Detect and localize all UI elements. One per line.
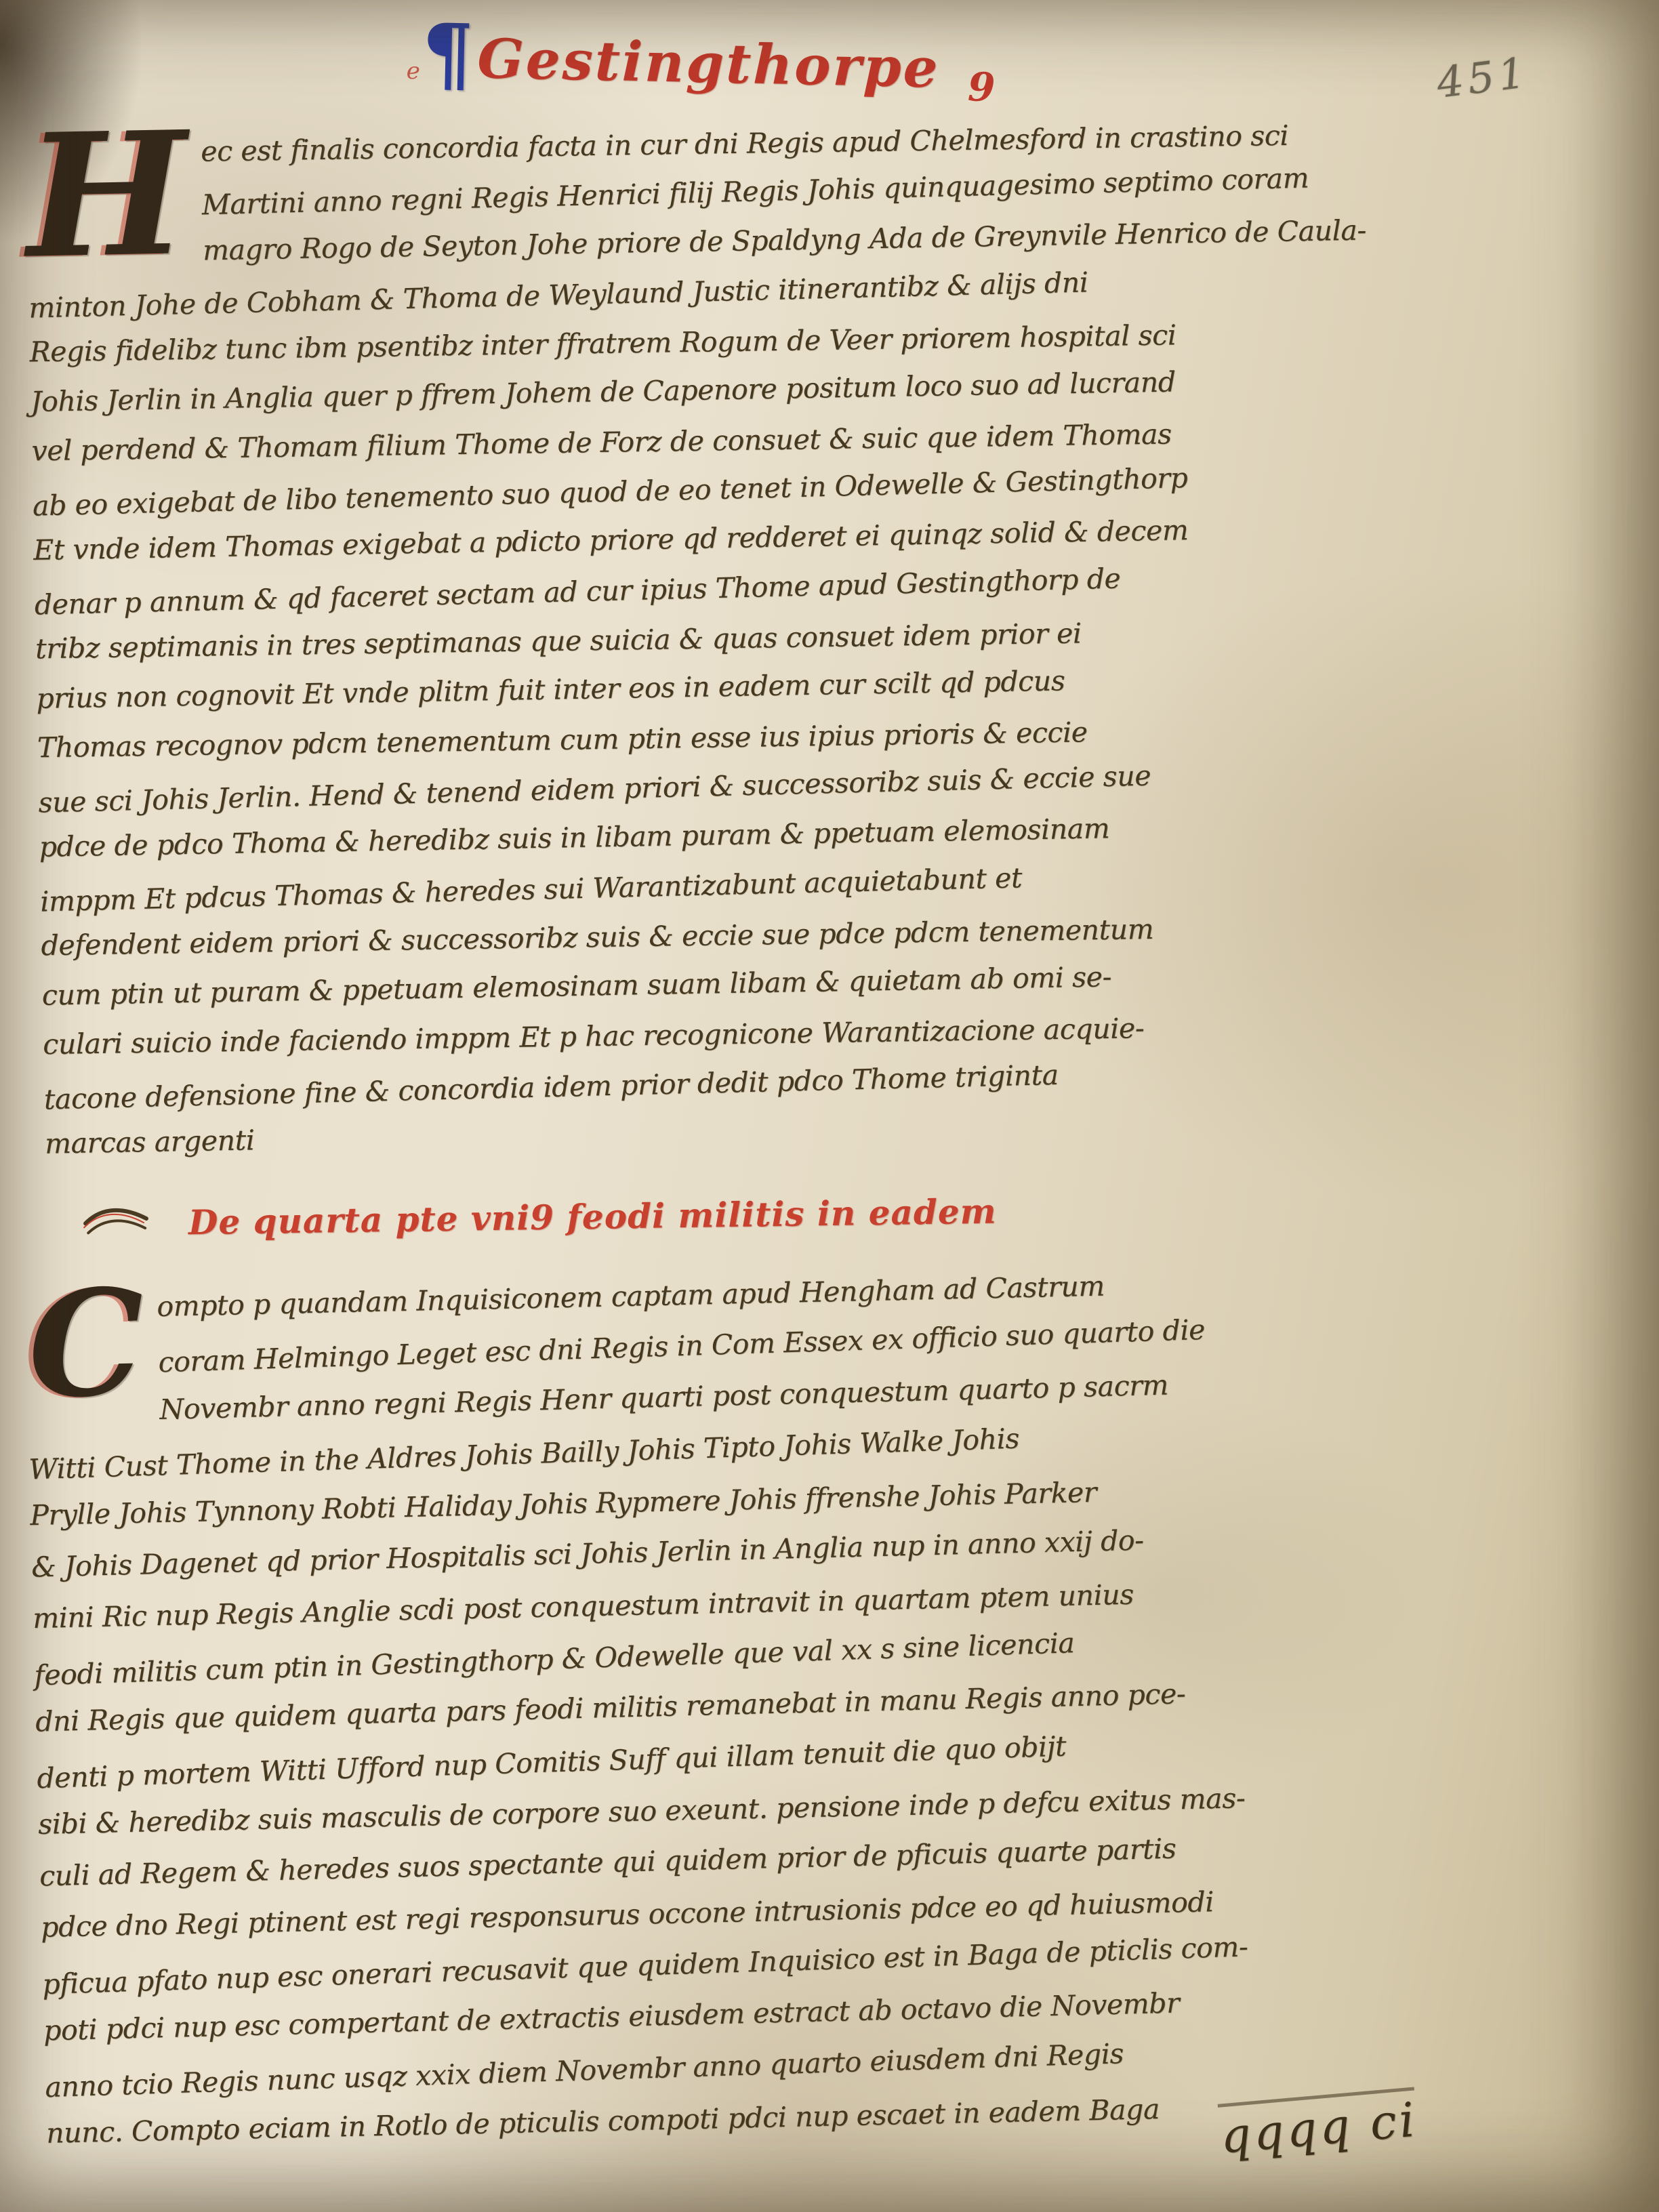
page-title: Gestingthorpe [476, 21, 940, 105]
paragraph-final-concord: H ec est finalis concordia facta in cur … [25, 107, 1353, 1171]
paragraph-lines: ec est finalis concordia facta in cur dn… [25, 107, 1353, 1171]
manuscript-page: e ¶ Gestingthorpe 9 451 H ec est finalis… [0, 0, 1659, 2212]
rubricator-guide-mark: e [406, 58, 420, 85]
paragraph-inquisition: C ompto p quandam Inquisiconem captam ap… [24, 1252, 1354, 2161]
folio-number: 451 [1434, 47, 1532, 108]
rubric-text: De quarta pte vni9 feodi militis in eade… [188, 1191, 997, 1242]
paraph-end-icon: 9 [967, 64, 996, 110]
rubric-heading: De quarta pte vni9 feodi militis in eade… [81, 1191, 997, 1244]
paragraph-lines: ompto p quandam Inquisiconem captam apud… [24, 1252, 1354, 2161]
page-heading: e ¶ Gestingthorpe 9 [406, 20, 996, 110]
marginal-flourish-icon [81, 1202, 170, 1244]
paraph-icon: ¶ [421, 20, 474, 89]
